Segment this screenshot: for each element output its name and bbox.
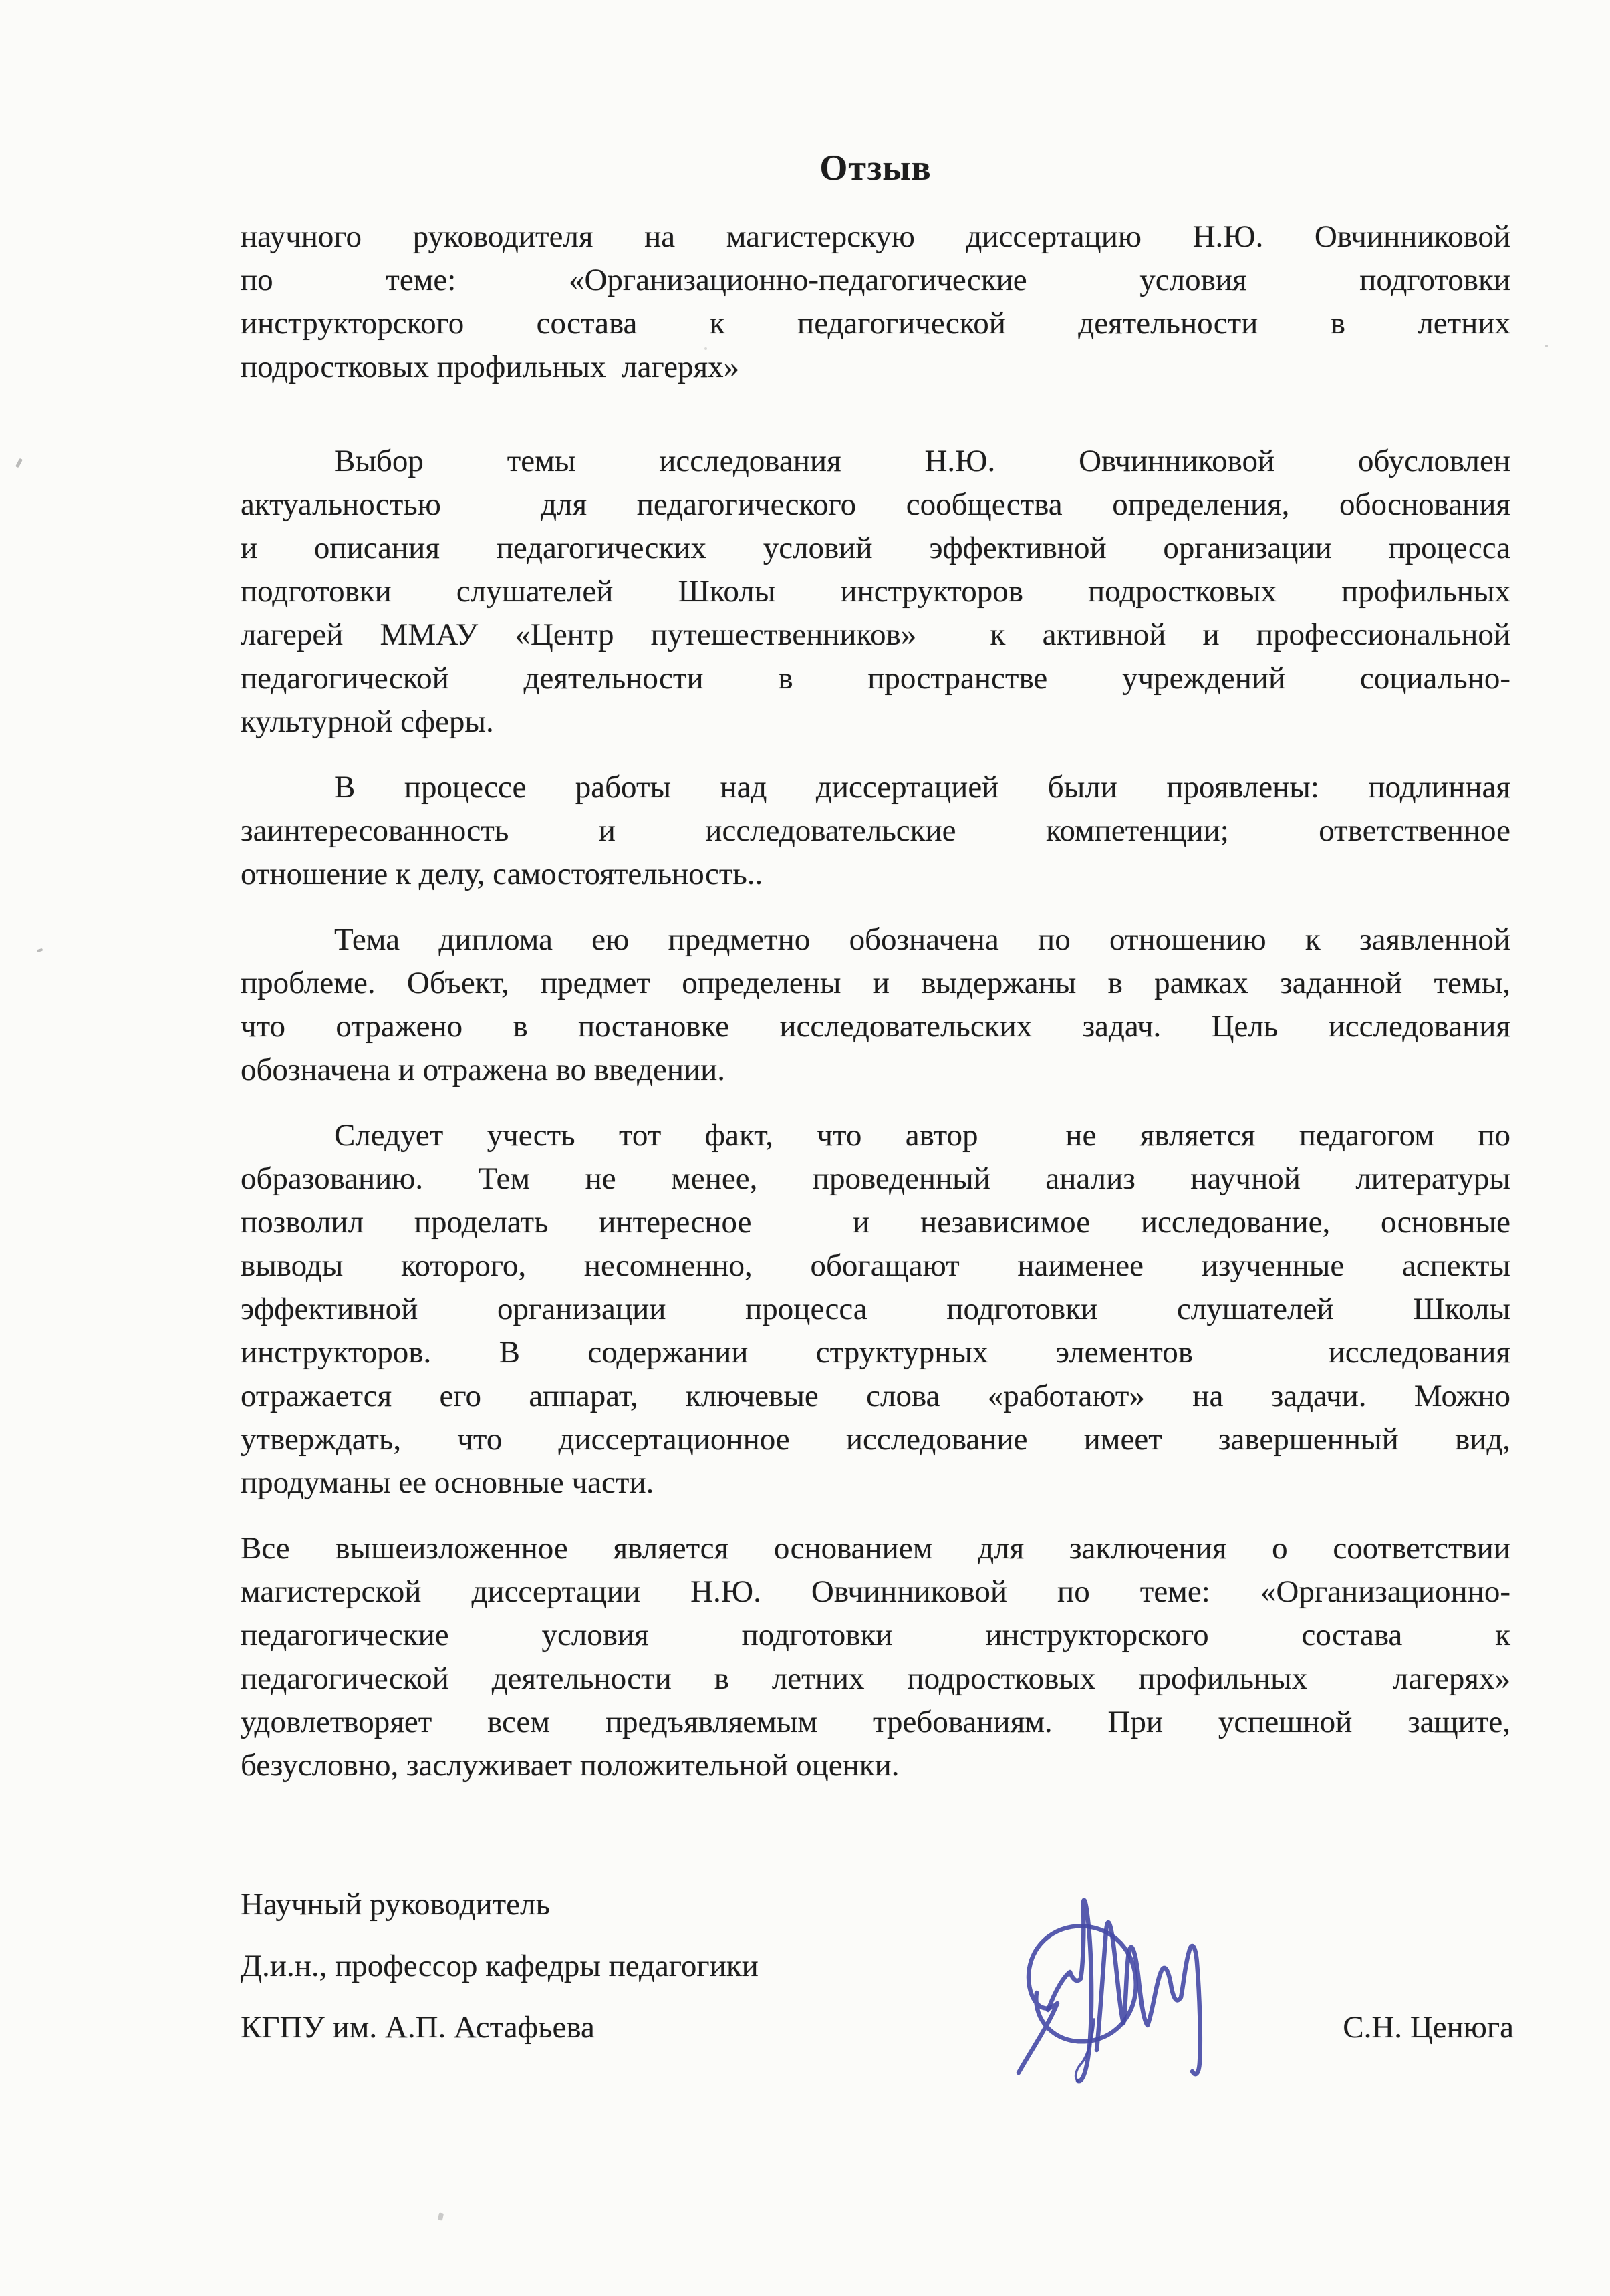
paragraph: Выбор темы исследования Н.Ю. Овчинниково…: [241, 440, 1510, 744]
scan-speck: [704, 347, 707, 350]
text-line: инструкторского состава к педагогической…: [241, 302, 1510, 345]
text-line: педагогической деятельности в пространст…: [241, 657, 1510, 700]
text-line: педагогической деятельности в летних под…: [241, 1657, 1510, 1701]
paragraph: Следует учесть тот факт, что автор не яв…: [241, 1114, 1510, 1505]
text-line: что отражено в постановке исследовательс…: [241, 1005, 1510, 1048]
text-line: Все вышеизложенное является основанием д…: [241, 1527, 1510, 1570]
text-line: заинтересованность и исследовательские к…: [241, 809, 1510, 853]
text-line: Следует учесть тот факт, что автор не яв…: [241, 1114, 1510, 1157]
text-line: выводы которого, несомненно, обогащают н…: [241, 1244, 1510, 1288]
paragraphs: научного руководителя на магистерскую ди…: [241, 215, 1510, 1787]
text-line: по теме: «Организационно-педагогические …: [241, 259, 1510, 302]
scan-speck: [438, 2212, 444, 2220]
text-line: актуальностью для педагогического сообще…: [241, 483, 1510, 527]
text-line: подростковых профильных лагерях»: [241, 345, 1510, 389]
text-line: обозначена и отражена во введении.: [241, 1048, 1510, 1092]
text-line: и описания педагогических условий эффект…: [241, 527, 1510, 570]
text-line: отношение к делу, самостоятельность..: [241, 853, 1510, 896]
signer-institution-line: КГПУ им. А.П. Астафьева: [241, 2006, 1510, 2049]
text-line: образованию. Тем не менее, проведенный а…: [241, 1157, 1510, 1201]
paragraph: Тема диплома ею предметно обозначена по …: [241, 918, 1510, 1092]
text-line: Тема диплома ею предметно обозначена по …: [241, 918, 1510, 962]
text-line: отражается его аппарат, ключевые слова «…: [241, 1375, 1510, 1418]
text-line: удовлетворяет всем предъявляемым требова…: [241, 1701, 1510, 1744]
paragraph: Все вышеизложенное является основанием д…: [241, 1527, 1510, 1787]
text-line: продуманы ее основные части.: [241, 1461, 1510, 1505]
text-line: утверждать, что диссертационное исследов…: [241, 1418, 1510, 1461]
text-line: инструкторов. В содержании структурных э…: [241, 1331, 1510, 1375]
text-line: подготовки слушателей Школы инструкторов…: [241, 570, 1510, 613]
text-line: проблеме. Объект, предмет определены и в…: [241, 962, 1510, 1005]
handwritten-signature-ink: [982, 1851, 1263, 2118]
scan-speck: [1545, 345, 1548, 347]
document-title: Отзыв: [241, 142, 1510, 194]
text-line: педагогические условия подготовки инстру…: [241, 1614, 1510, 1657]
signature-stroke-zigzag: [1097, 1922, 1200, 2074]
text-line: магистерской диссертации Н.Ю. Овчинников…: [241, 1570, 1510, 1614]
text-line: безусловно, заслуживает положительной оц…: [241, 1744, 1510, 1787]
document-page: Отзыв научного руководителя на магистерс…: [0, 0, 1610, 2296]
paragraph: В процессе работы над диссертацией были …: [241, 766, 1510, 896]
text-line: позволил проделать интересное и независи…: [241, 1201, 1510, 1244]
scan-speck: [37, 948, 43, 953]
text-line: культурной сферы.: [241, 700, 1510, 744]
document-content: Отзыв научного руководителя на магистерс…: [241, 142, 1510, 2067]
signature-block: Научный руководитель Д.и.н., профессор к…: [241, 1883, 1510, 2049]
signer-name: С.Н. Ценюга: [1343, 2006, 1514, 2049]
text-line: лагерей ММАУ «Центр путешественников» к …: [241, 613, 1510, 657]
text-line: Выбор темы исследования Н.Ю. Овчинниково…: [241, 440, 1510, 483]
signer-role-line: Научный руководитель: [241, 1883, 1510, 1926]
text-line: научного руководителя на магистерскую ди…: [241, 215, 1510, 259]
text-line: В процессе работы над диссертацией были …: [241, 766, 1510, 809]
scan-speck: [15, 458, 23, 468]
signer-degree-line: Д.и.н., профессор кафедры педагогики: [241, 1945, 1510, 1988]
text-line: эффективной организации процесса подгото…: [241, 1288, 1510, 1331]
paragraph: научного руководителя на магистерскую ди…: [241, 215, 1510, 389]
